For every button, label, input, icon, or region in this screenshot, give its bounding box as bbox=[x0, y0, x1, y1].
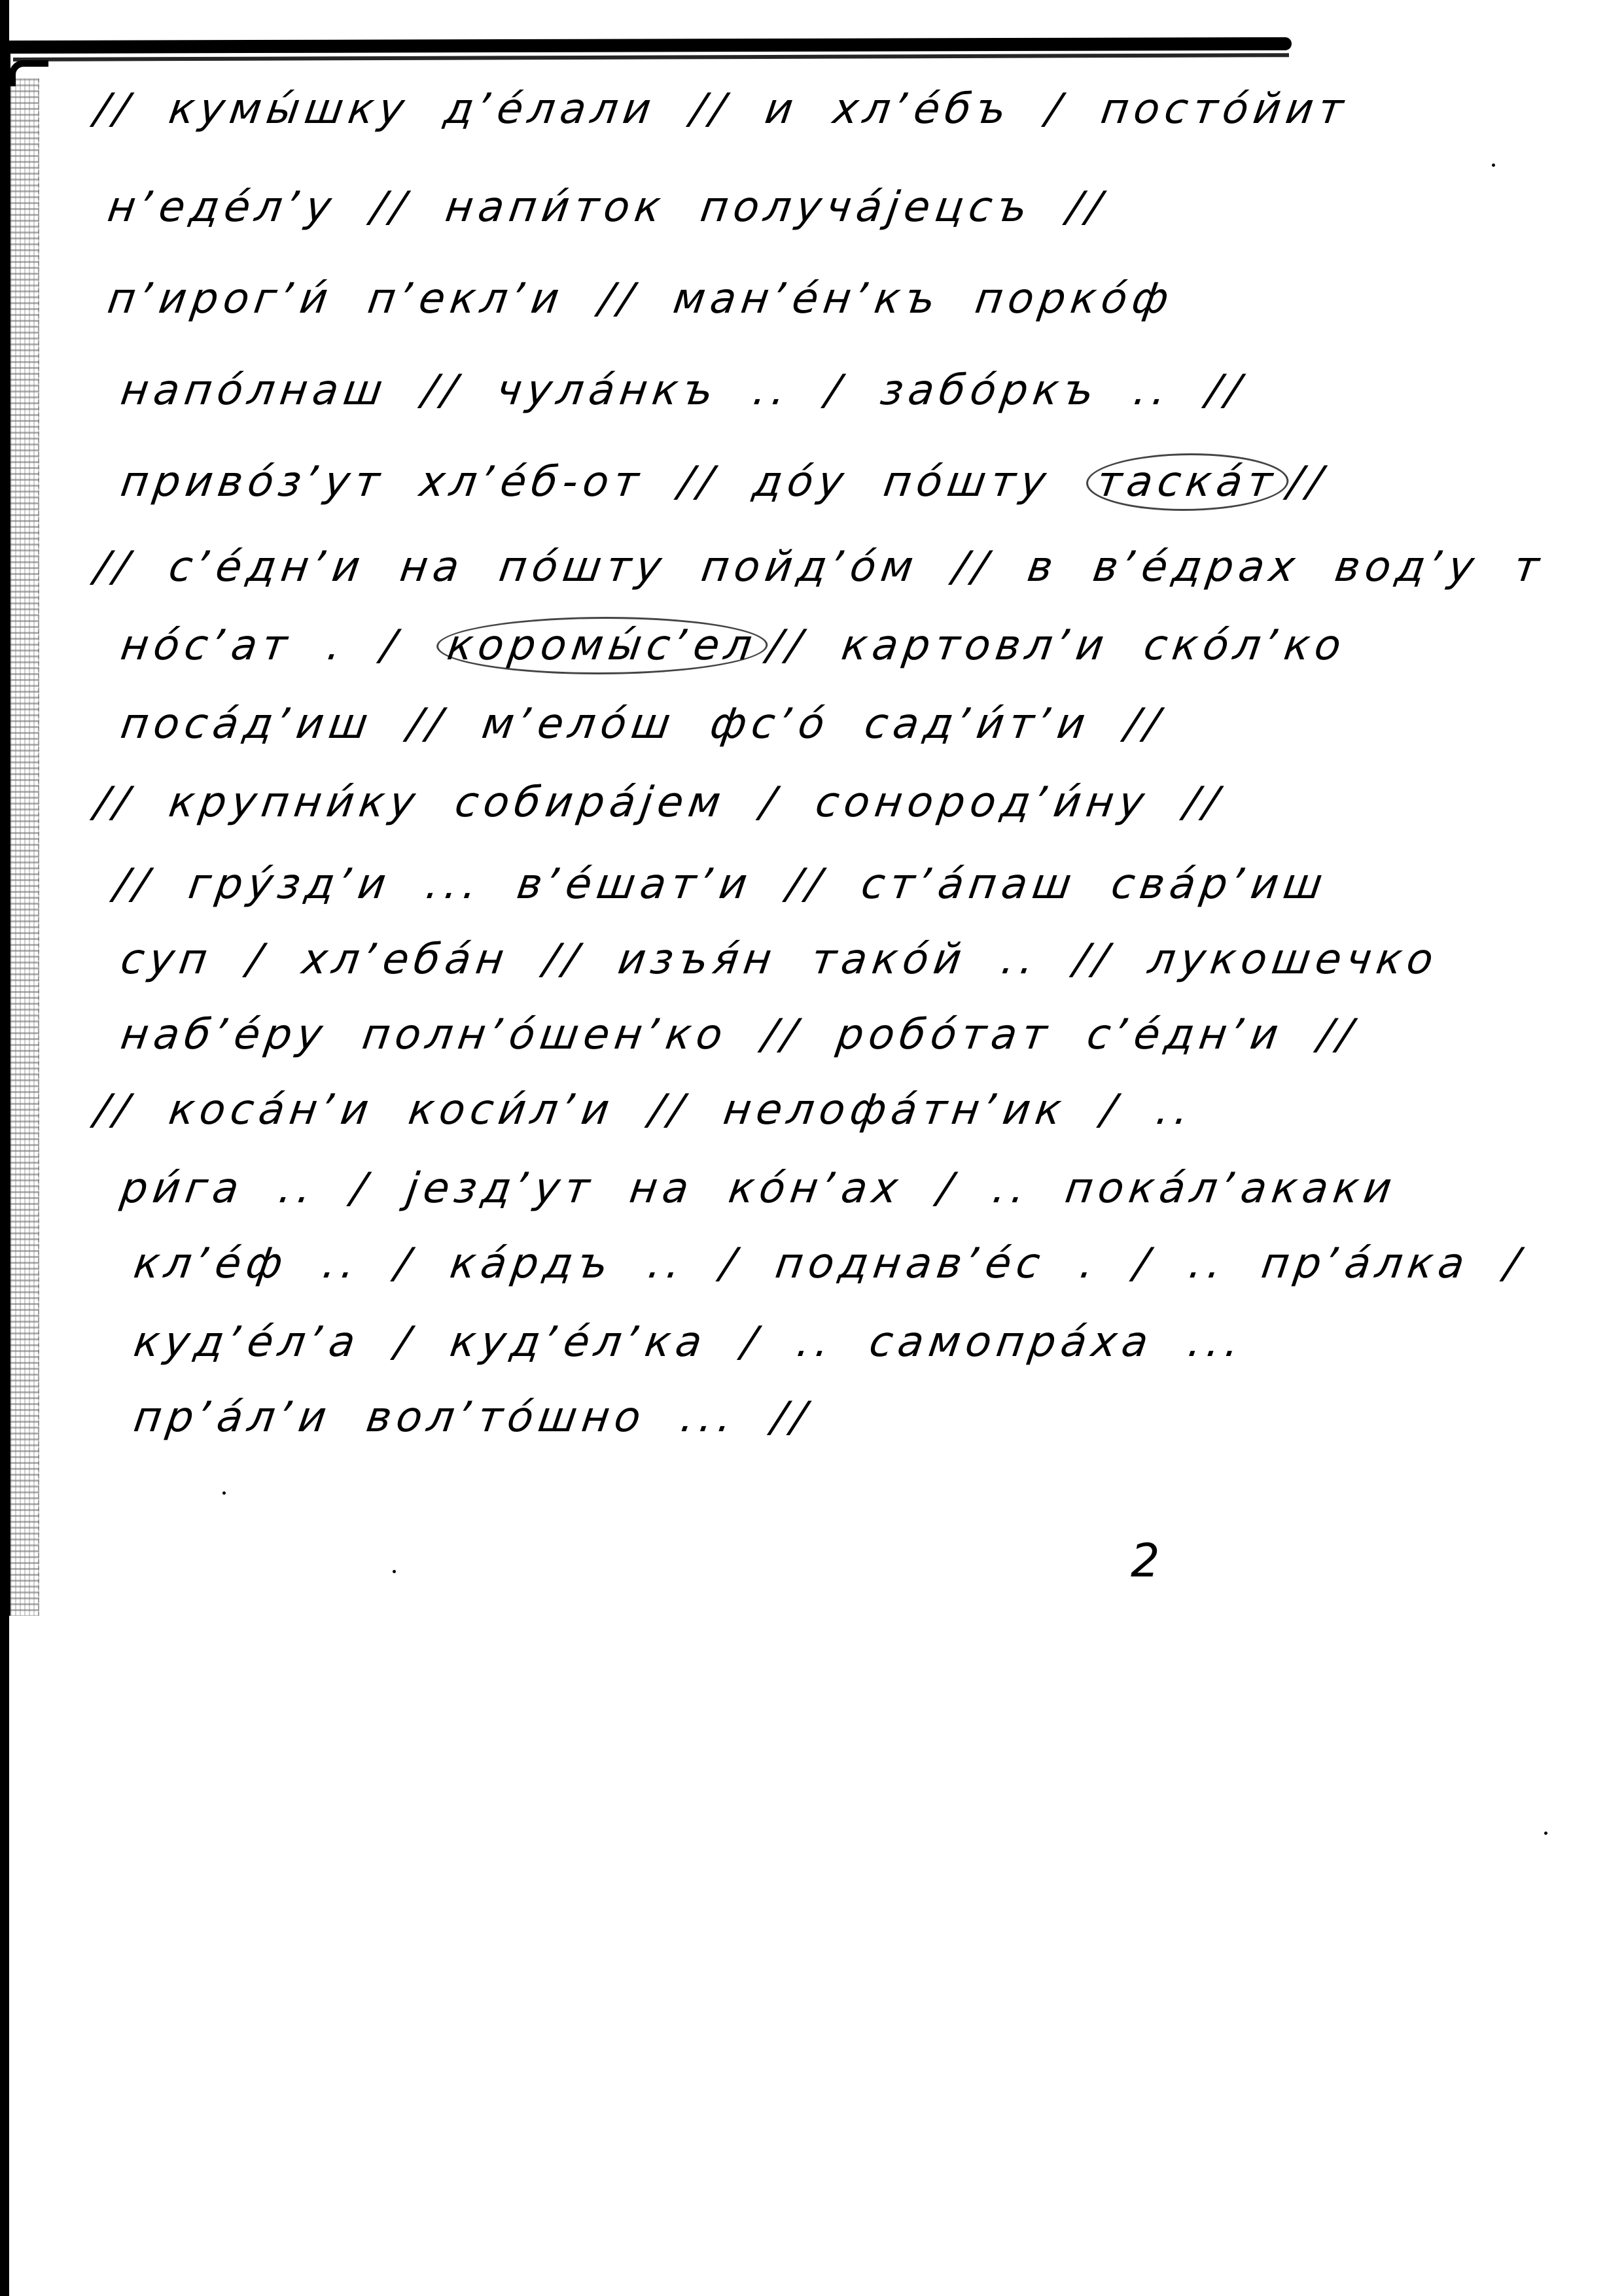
text-line-17: прʼа́лʼи волʼто́шно ... // bbox=[131, 1393, 815, 1442]
scan-speck bbox=[1492, 164, 1495, 167]
text-line-9: // крупни́ку собира́јем / сонородʼи́ну /… bbox=[92, 778, 1227, 827]
text-line-6: // сʼе́днʼи на по́шту пойдʼо́м // в вʼе́… bbox=[92, 543, 1547, 591]
scan-margin-noise bbox=[10, 78, 39, 1616]
text-line-14: ри́га .. / јездʼут на ко́нʼах / .. пока́… bbox=[118, 1164, 1400, 1213]
page-number: 2 bbox=[1131, 1534, 1160, 1588]
text-line-8: поса́дʼиш // мʼело́ш фсʼо́ садʼи́тʼи // bbox=[118, 700, 1167, 748]
scan-top-border-thin bbox=[13, 53, 1289, 61]
scan-top-corner bbox=[9, 60, 48, 86]
scan-left-binding bbox=[0, 46, 10, 1616]
text-line-4: напо́лнаш // чула́нкъ .. / забо́ркъ .. /… bbox=[118, 366, 1248, 415]
circled-word: таска́т bbox=[1082, 453, 1292, 511]
text-line-10: // гру́здʼи ... вʼе́шатʼи // стʼа́паш св… bbox=[111, 860, 1330, 909]
text-line-1: // кумы́шку дʼе́лали // и хлʼе́бъ / пост… bbox=[92, 85, 1352, 133]
text-line-16: кудʼе́лʼа / кудʼе́лʼка / .. самопра́ха .… bbox=[131, 1318, 1248, 1366]
scan-speck bbox=[222, 1491, 226, 1495]
text-line-12: набʼе́ру полнʼо́шенʼко // робо́тат сʼе́д… bbox=[118, 1011, 1360, 1059]
scan-top-border bbox=[9, 37, 1292, 54]
text-line-5: приво́зʼут хлʼе́б-от // до́у по́шту таск… bbox=[118, 458, 1330, 506]
text-line-7: но́сʼат . / коромы́сʼел// картовлʼи ско́… bbox=[118, 621, 1349, 670]
circled-word: коромы́сʼел bbox=[433, 617, 772, 674]
text-line-11: суп / хлʼеба́н // изъя́н тако́й .. // лу… bbox=[118, 935, 1441, 984]
text-line-3: пʼирогʼи́ пʼеклʼи // манʼе́нʼкъ порко́ф bbox=[105, 275, 1176, 323]
scan-speck bbox=[1544, 1832, 1547, 1835]
text-line-15: клʼе́ф .. / ка́рдъ .. / поднавʼе́с . / .… bbox=[131, 1240, 1528, 1288]
scan-speck bbox=[393, 1570, 396, 1573]
text-line-2: нʼеде́лʼу // напи́ток получа́јецсъ // bbox=[105, 183, 1110, 232]
text-line-13: // коса́нʼи коси́лʼи // нелофа́тнʼик / .… bbox=[92, 1086, 1197, 1134]
